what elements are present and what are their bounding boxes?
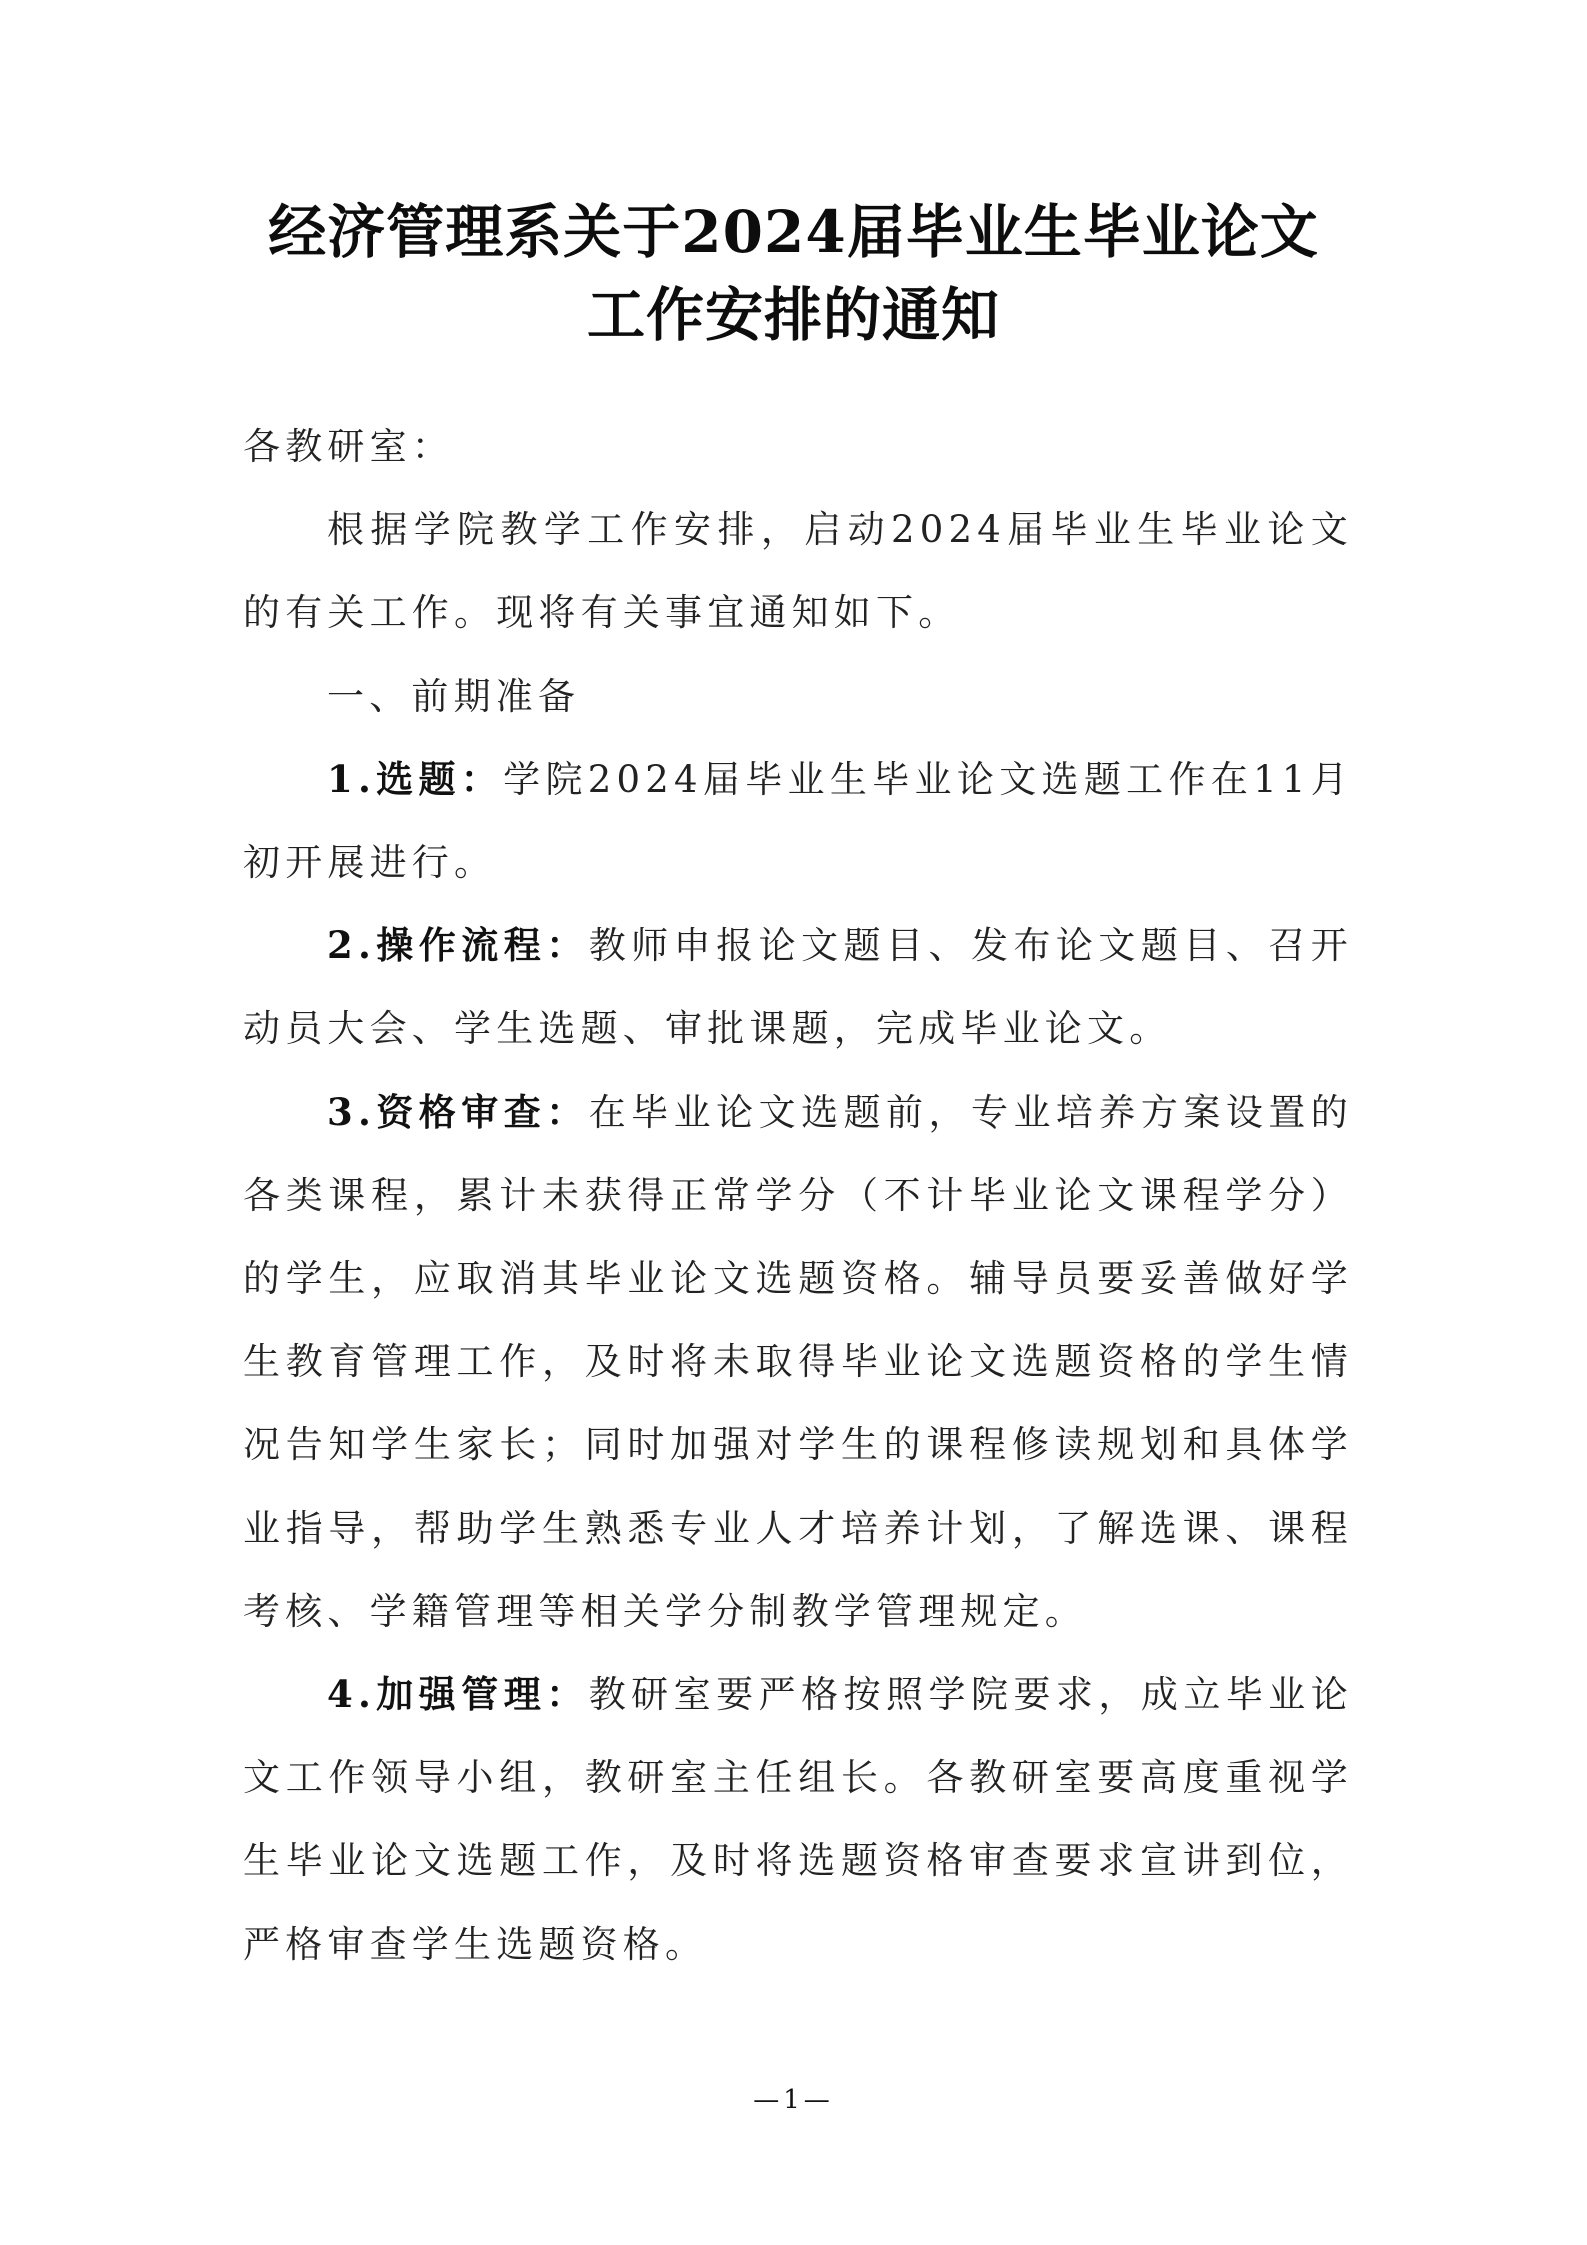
document-title-line-1: 经济管理系关于2024届毕业生毕业论文 (0, 192, 1587, 272)
item-qualification-review: 3.资格审查：在毕业论文选题前，专业培养方案设置的各类课程，累计未获得正常学分（… (243, 1071, 1353, 1653)
item-topic-selection: 1.选题：学院2024届毕业生毕业论文选题工作在11月初开展进行。 (243, 738, 1353, 904)
item-lead: 3.资格审查： (327, 1090, 589, 1134)
intro-paragraph: 根据学院教学工作安排，启动2024届毕业生毕业论文的有关工作。现将有关事宜通知如… (243, 488, 1353, 654)
item-workflow: 2.操作流程：教师申报论文题目、发布论文题目、召开动员大会、学生选题、审批课题，… (243, 904, 1353, 1070)
item-text: 在毕业论文选题前，专业培养方案设置的各类课程，累计未获得正常学分（不计毕业论文课… (243, 1091, 1353, 1633)
salutation: 各教研室： (243, 405, 1353, 488)
item-lead: 2.操作流程： (327, 923, 589, 967)
document-page: 经济管理系关于2024届毕业生毕业论文 工作安排的通知 各教研室： 根据学院教学… (0, 0, 1587, 2245)
document-body: 各教研室： 根据学院教学工作安排，启动2024届毕业生毕业论文的有关工作。现将有… (243, 405, 1353, 1986)
item-lead: 1.选题： (327, 757, 503, 801)
item-lead: 4.加强管理： (327, 1672, 589, 1716)
item-strengthen-management: 4.加强管理：教研室要严格按照学院要求，成立毕业论文工作领导小组，教研室主任组长… (243, 1653, 1353, 1986)
section-heading-preparation: 一、前期准备 (243, 655, 1353, 738)
document-title-line-2: 工作安排的通知 (0, 275, 1587, 355)
page-number: —1— (0, 2085, 1587, 2115)
item-text: 教研室要严格按照学院要求，成立毕业论文工作领导小组，教研室主任组长。各教研室要高… (243, 1673, 1353, 1966)
